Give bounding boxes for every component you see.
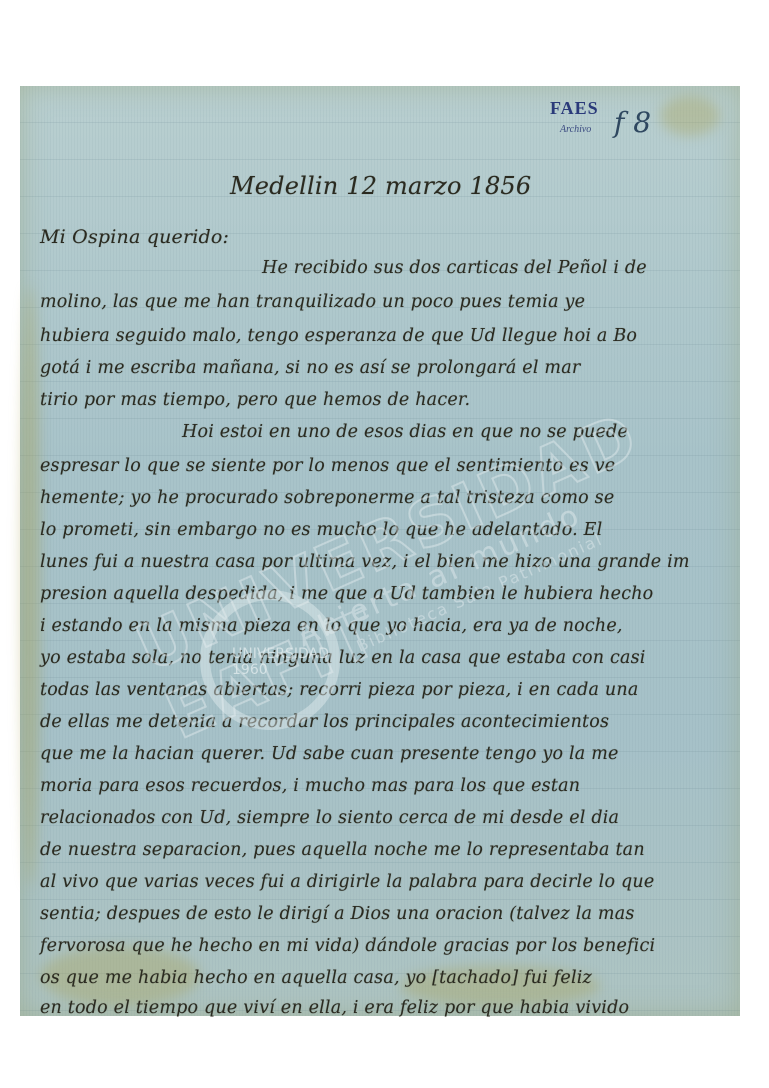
letter-line: lo prometi, sin embargo no es mucho lo q… bbox=[40, 520, 602, 540]
letter-line: Hoi estoi en uno de esos dias en que no … bbox=[182, 422, 628, 442]
letter-line: tirio por mas tiempo, pero que hemos de … bbox=[40, 390, 470, 410]
letter-line: presion aquella despedida, i me que a Ud… bbox=[40, 584, 653, 604]
letter-line: gotá i me escriba mañana, si no es así s… bbox=[40, 358, 580, 378]
letter-line: en todo el tiempo que viví en ella, i er… bbox=[40, 998, 629, 1018]
paper-stain bbox=[660, 96, 720, 136]
date-line: Medellin 12 marzo 1856 bbox=[230, 172, 531, 200]
letter-line: sentia; despues de esto le dirigí a Dios… bbox=[40, 904, 635, 924]
letter-line: fervorosa que he hecho en mi vida) dándo… bbox=[40, 936, 655, 956]
paper-edge-stain bbox=[20, 286, 40, 886]
letter-line: hubiera seguido malo, tengo esperanza de… bbox=[40, 326, 637, 346]
letter-line: molino, las que me han tranquilizado un … bbox=[40, 292, 585, 312]
letter-line: yo estaba sola, no tenia ninguna luz en … bbox=[40, 648, 646, 668]
folio-mark: f 8 bbox=[614, 106, 651, 139]
letter-line: espresar lo que se siente por lo menos q… bbox=[40, 456, 615, 476]
archive-stamp-sub: Archivo bbox=[560, 124, 591, 135]
letter-line: de nuestra separacion, pues aquella noch… bbox=[40, 840, 645, 860]
university-seal-icon: UNIVERSIDAD 1960 bbox=[200, 590, 340, 730]
letter-line: relacionados con Ud, siempre lo siento c… bbox=[40, 808, 619, 828]
letter-line: hemente; yo he procurado sobreponerme a … bbox=[40, 488, 614, 508]
letter-line: moria para esos recuerdos, i mucho mas p… bbox=[40, 776, 580, 796]
letter-line: He recibido sus dos carticas del Peñol i… bbox=[262, 258, 647, 278]
letter-line: todas las ventanas abiertas; recorri pie… bbox=[40, 680, 639, 700]
greeting: Mi Ospina querido: bbox=[40, 226, 229, 248]
letter-line: os que me habia hecho en aquella casa, y… bbox=[40, 968, 592, 988]
letter-line: al vivo que varias veces fui a dirigirle… bbox=[40, 872, 654, 892]
archive-stamp: FAES bbox=[550, 98, 599, 119]
letter-line: de ellas me detenia a recordar los princ… bbox=[40, 712, 609, 732]
letter-line: lunes fui a nuestra casa por ultima vez,… bbox=[40, 552, 690, 572]
letter-line: que me la hacian querer. Ud sabe cuan pr… bbox=[40, 744, 619, 764]
seal-text: UNIVERSIDAD 1960 bbox=[232, 646, 330, 678]
